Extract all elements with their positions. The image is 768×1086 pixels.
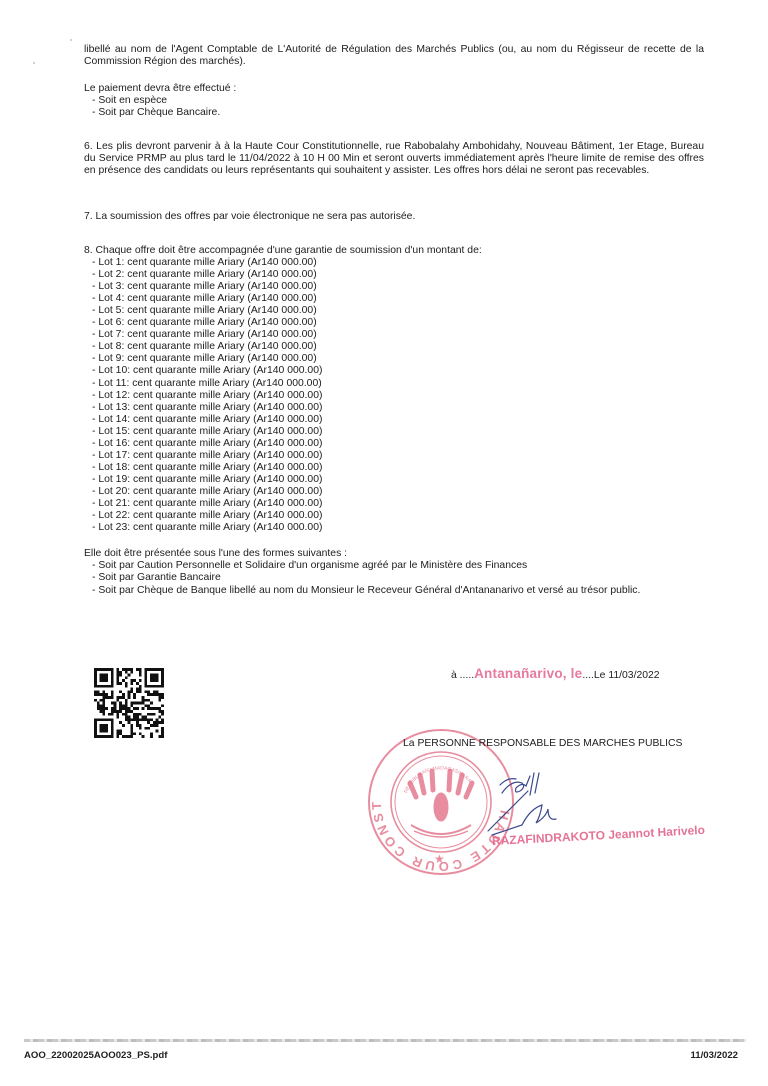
lot-item: - Lot 1: cent quarante mille Ariary (Ar1… xyxy=(84,257,482,269)
lot-item: - Lot 20: cent quarante mille Ariary (Ar… xyxy=(84,486,482,498)
lot-item: - Lot 17: cent quarante mille Ariary (Ar… xyxy=(84,450,482,462)
section-6: 6. Les plis devront parvenir à à la Haut… xyxy=(84,141,704,178)
intro-paragraph: libellé au nom de l'Agent Comptable de L… xyxy=(84,44,704,68)
document-page: libellé au nom de l'Agent Comptable de L… xyxy=(0,0,768,1086)
lot-item: - Lot 16: cent quarante mille Ariary (Ar… xyxy=(84,438,482,450)
lot-item: - Lot 4: cent quarante mille Ariary (Ar1… xyxy=(84,293,482,305)
guarantee-forms-heading: Elle doit être présentée sous l'une des … xyxy=(84,548,704,560)
section-8-heading: 8. Chaque offre doit être accompagnée d'… xyxy=(84,245,482,257)
qr-code-icon xyxy=(94,668,164,738)
document-date: Le 11/03/2022 xyxy=(594,670,660,681)
lot-item: - Lot 8: cent quarante mille Ariary (Ar1… xyxy=(84,341,482,353)
guarantee-forms-section: Elle doit être présentée sous l'une des … xyxy=(84,548,704,597)
place-prefix: à ..... xyxy=(451,670,474,681)
place-stamp: Antanañarivo, le xyxy=(474,666,582,681)
payment-option: - Soit par Chèque Bancaire. xyxy=(84,107,704,119)
guarantee-option: - Soit par Chèque de Banque libellé au n… xyxy=(84,585,704,597)
lot-item: - Lot 10: cent quarante mille Ariary (Ar… xyxy=(84,365,482,377)
footer-filename: AOO_22002025AOO023_PS.pdf xyxy=(24,1050,167,1061)
lot-item: - Lot 5: cent quarante mille Ariary (Ar1… xyxy=(84,305,482,317)
lot-item: - Lot 6: cent quarante mille Ariary (Ar1… xyxy=(84,317,482,329)
lot-item: - Lot 21: cent quarante mille Ariary (Ar… xyxy=(84,498,482,510)
lot-item: - Lot 22: cent quarante mille Ariary (Ar… xyxy=(84,510,482,522)
payment-option: - Soit en espèce xyxy=(84,95,704,107)
place-date-line: à .....Antanañarivo, le....Le 11/03/2022 xyxy=(451,666,660,681)
section-7-text: 7. La soumission des offres par voie éle… xyxy=(84,211,704,223)
lot-item: - Lot 2: cent quarante mille Ariary (Ar1… xyxy=(84,269,482,281)
lot-item: - Lot 9: cent quarante mille Ariary (Ar1… xyxy=(84,353,482,365)
lot-item: - Lot 15: cent quarante mille Ariary (Ar… xyxy=(84,426,482,438)
lot-item: - Lot 14: cent quarante mille Ariary (Ar… xyxy=(84,414,482,426)
scan-speck xyxy=(33,62,35,64)
lot-item: - Lot 3: cent quarante mille Ariary (Ar1… xyxy=(84,281,482,293)
lot-item: - Lot 7: cent quarante mille Ariary (Ar1… xyxy=(84,329,482,341)
guarantee-option: - Soit par Garantie Bancaire xyxy=(84,572,704,584)
lot-item: - Lot 18: cent quarante mille Ariary (Ar… xyxy=(84,462,482,474)
section-8: 8. Chaque offre doit être accompagnée d'… xyxy=(84,245,482,534)
footer-date: 11/03/2022 xyxy=(691,1050,739,1061)
guarantee-option: - Soit par Caution Personnelle et Solida… xyxy=(84,560,704,572)
lot-item: - Lot 23: cent quarante mille Ariary (Ar… xyxy=(84,522,482,534)
svg-text:★: ★ xyxy=(434,852,445,866)
lot-item: - Lot 13: cent quarante mille Ariary (Ar… xyxy=(84,402,482,414)
lot-list: - Lot 1: cent quarante mille Ariary (Ar1… xyxy=(84,257,482,534)
lot-item: - Lot 12: cent quarante mille Ariary (Ar… xyxy=(84,390,482,402)
place-dots: .... xyxy=(582,670,594,681)
section-6-text: 6. Les plis devront parvenir à à la Haut… xyxy=(84,141,704,178)
payment-section: Le paiement devra être effectué : - Soit… xyxy=(84,83,704,120)
signer-title: La PERSONNE RESPONSABLE DES MARCHES PUBL… xyxy=(403,738,682,749)
lot-item: - Lot 11: cent quarante mille Ariary (Ar… xyxy=(84,378,482,390)
section-7: 7. La soumission des offres par voie éle… xyxy=(84,211,704,223)
footer-divider xyxy=(24,1039,746,1042)
intro-text: libellé au nom de l'Agent Comptable de L… xyxy=(84,44,704,68)
payment-heading: Le paiement devra être effectué : xyxy=(84,83,704,95)
lot-item: - Lot 19: cent quarante mille Ariary (Ar… xyxy=(84,474,482,486)
scan-speck xyxy=(70,39,72,41)
